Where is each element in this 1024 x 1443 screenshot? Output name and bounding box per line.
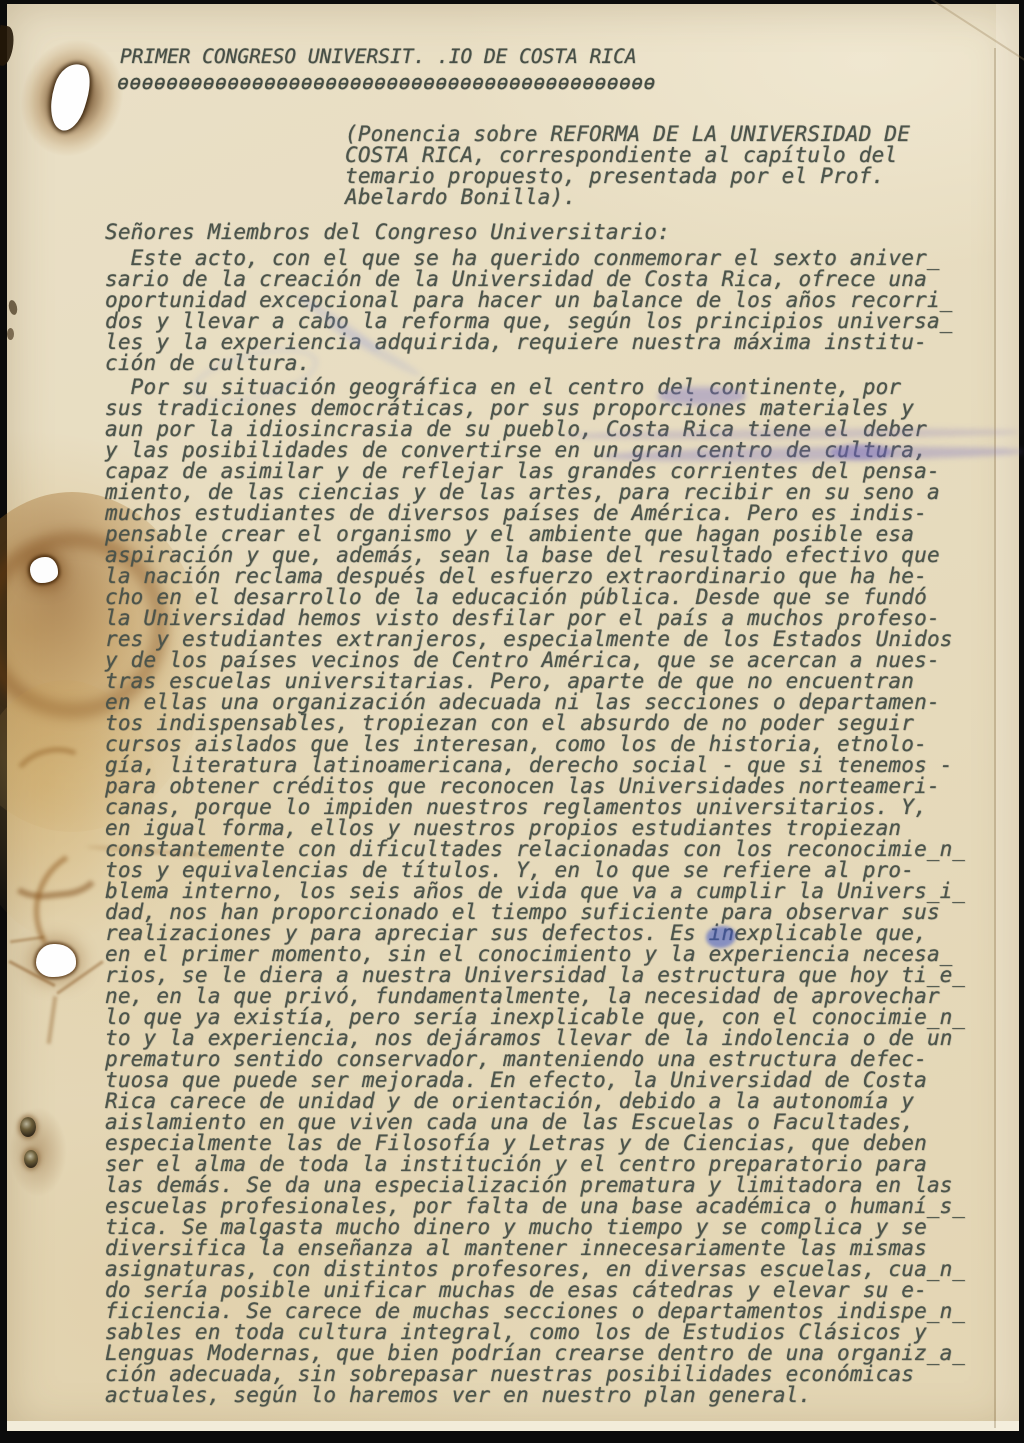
blue-highlight-clump — [830, 444, 892, 460]
blue-marks-layer — [0, 0, 1024, 1443]
blue-smudge — [658, 387, 746, 405]
blue-highlight-streak — [600, 444, 1024, 463]
scanned-document-page: PRIMER CONGRESO UNIVERSIT. .IO DE COSTA … — [0, 0, 1024, 1443]
blue-ink-blot — [706, 926, 736, 948]
blue-highlight-streak — [560, 427, 1020, 441]
blue-pencil-scribble — [322, 318, 423, 380]
blue-pencil-scribble — [186, 337, 324, 415]
